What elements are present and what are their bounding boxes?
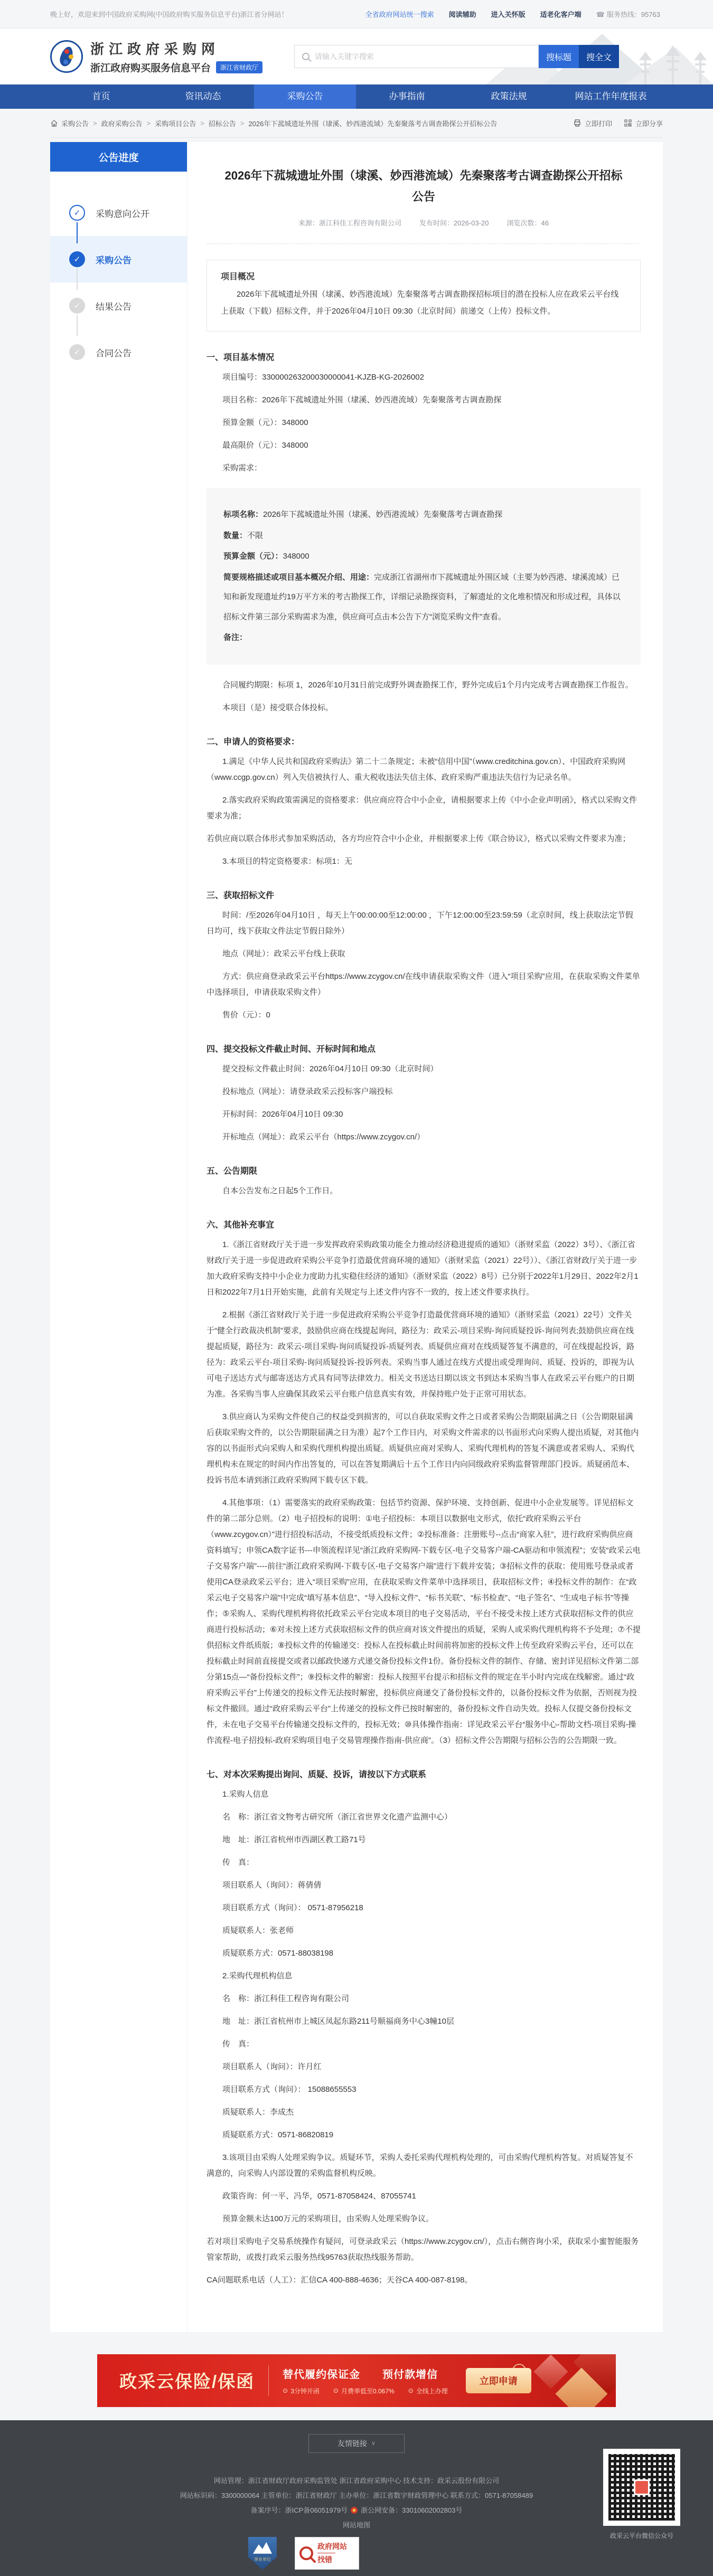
reading-aid-link[interactable]: 阅读辅助 <box>449 9 476 19</box>
bid-deadline: 提交投标文件截止时间：2026年04月10日 09:30（北京时间） <box>207 1061 641 1077</box>
check-circle-icon: ✓ <box>69 298 85 314</box>
doc-place: 地点（网址）：政采云平台线上获取 <box>207 946 641 962</box>
breadcrumb-current: 2026年下菰城遗址外围（埭溪、妙西港流域）先秦聚落考古调查勘探公开招标公告 <box>248 118 497 128</box>
overview-text: 2026年下菰城遗址外围（埭溪、妙西港流域）先秦聚落考古调查勘探招标项目的潜在投… <box>221 286 626 319</box>
article-meta: 来源：浙江科佳工程咨询有限公司 发布时间：2026-03-20 浏览次数：46 <box>207 218 641 228</box>
bid-place: 投标地点（网址）：请登录政采云投标客户端投标 <box>207 1084 641 1100</box>
section-7-heading: 七、对本次采购提出询问、质疑、投诉，请按以下方式联系 <box>207 1768 641 1780</box>
agency-contact: 项目联系人（询问）：许月红 <box>207 2059 641 2075</box>
security-badge-icon <box>351 2507 358 2514</box>
banner-feature: ⊙月费率低至0.067% <box>333 2386 395 2395</box>
main-nav: 首页 资讯动态 采购公告 办事指南 政策法规 网站工作年度报表 <box>0 84 713 109</box>
breadcrumb-separator: > <box>147 119 151 127</box>
step-contract-notice[interactable]: ✓ 合同公告 <box>50 329 187 375</box>
notice-period: 自本公告发布之日起5个工作日。 <box>207 1183 641 1199</box>
open-place: 开标地点（网址）：政采云平台（https://www.zcygov.cn/） <box>207 1129 641 1145</box>
breadcrumb-item-4[interactable]: 招标公告 <box>209 118 236 128</box>
doc-time: 时间：/至2026年04月10日 ，每天上午00:00:00至12:00:00 … <box>207 908 641 939</box>
buyer-contact-phone: 项目联系方式（询问）： 0571-87956218 <box>207 1900 641 1916</box>
check-circle-icon: ✓ <box>69 205 85 221</box>
gov-site-error-report-badge[interactable]: 政府网站 找错 <box>295 2537 359 2570</box>
care-version-link[interactable]: 进入关怀版 <box>491 9 526 19</box>
agency-contact-phone: 项目联系方式（询问）： 15088655553 <box>207 2082 641 2098</box>
breadcrumb-bar: 采购公告> 政府采购公告> 采购项目公告> 招标公告> 2026年下菰城遗址外围… <box>50 109 663 138</box>
contract-period: 合同履约期限：标项 1，2026年10月31日前完成野外调查勘探工作，野外完成后… <box>207 677 641 693</box>
site-header: 浙江政府采购网 浙江政府购买服务信息平台 浙江省财政厅 搜标题 搜全文 <box>0 29 713 84</box>
qualification-2: 2.落实政府采购政策需满足的资格要求：供应商应符合中小企业，请根据要求上传《中小… <box>207 792 641 824</box>
divider <box>268 2365 269 2396</box>
section-1-heading: 一、项目基本情况 <box>207 351 641 363</box>
site-title: 浙江政府采购网 <box>90 39 262 58</box>
breadcrumb-separator: > <box>240 119 245 127</box>
banner-feature: ⊙全线上办理 <box>408 2386 448 2395</box>
banner-feature: ⊙3分钟开函 <box>283 2386 320 2395</box>
breadcrumb-item-1[interactable]: 采购公告 <box>61 118 89 128</box>
step-procurement-notice[interactable]: ✓ 采购公告 <box>50 236 187 282</box>
buyer-info-heading: 1.采购人信息 <box>207 1787 641 1803</box>
public-institution-badge[interactable]: 事业单位 <box>248 2537 277 2570</box>
breadcrumb-item-3[interactable]: 采购项目公告 <box>155 118 196 128</box>
search-input[interactable] <box>314 52 531 61</box>
procurement-demand-label: 采购需求： <box>207 460 641 476</box>
icp-number: 备案序号：浙ICP备06051979号 <box>251 2506 348 2514</box>
announcement-article: 2026年下菰城遗址外围（埭溪、妙西港流域）先秦聚落考古调查勘探公开招标公告 来… <box>187 142 663 2332</box>
project-name: 项目名称：2026年下菰城遗址外围（埭溪、妙西港流域）先秦聚落考古调查勘探 <box>207 392 641 408</box>
quantity-value: 不限 <box>247 531 263 540</box>
open-time: 开标时间：2026年04月10日 09:30 <box>207 1107 641 1122</box>
section-3-heading: 三、获取招标文件 <box>207 889 641 901</box>
spec-desc-label: 简要规格描述或项目基本概况介绍、用途： <box>223 573 374 582</box>
site-search: 搜标题 搜全文 <box>294 45 619 68</box>
section-6-heading: 六、其他补充事宜 <box>207 1218 641 1230</box>
insurance-ad-banner[interactable]: 政采云保险/保函 替代履约保证金 预付款增信 ⊙3分钟开函 ⊙月费率低至0.06… <box>97 2354 616 2407</box>
supplement-4: 4.其他事项：（1）需要落实的政府采购政策：包括节约资源、保护环境、支持创新、促… <box>207 1495 641 1749</box>
nav-news[interactable]: 资讯动态 <box>152 84 254 109</box>
lot-name-label: 标项名称： <box>223 510 263 519</box>
supplement-2: 2.根据《浙江省财政厅关于进一步促进政府采购公平竞争打造最优营商环境的通知》（浙… <box>207 1307 641 1402</box>
bullet-icon: ⊙ <box>408 2387 414 2394</box>
print-button[interactable]: 立即打印 <box>573 118 612 128</box>
qualification-1: 1.满足《中华人民共和国政府采购法》第二十二条规定；未被“信用中国”（www.c… <box>207 754 641 786</box>
qualification-3: 3.本项目的特定资格要求：标项1：无 <box>207 854 641 870</box>
joint-bid-note: 本项目（是）接受联合体投标。 <box>207 700 641 716</box>
qualification-2b: 若供应商以联合体形式参加采购活动，各方均应符合中小企业，并根据要求上传《联合协议… <box>207 831 641 847</box>
agency-fax: 传 真： <box>207 2036 641 2052</box>
banner-slogan: 替代履约保证金 预付款增信 <box>283 2366 448 2381</box>
chevron-down-icon: ∨ <box>371 2440 376 2447</box>
overview-title: 项目概况 <box>221 270 626 282</box>
lot-name-value: 2026年下菰城遗址外围（埭溪、妙西港流域）先秦聚落考古调查勘探 <box>263 510 502 519</box>
wechat-qr-block: 政采云平台微信公众号 <box>603 2449 680 2540</box>
share-button[interactable]: 立即分享 <box>624 118 663 128</box>
security-record-number[interactable]: 浙公网安备：33010602002803号 <box>361 2506 462 2514</box>
project-overview-box: 项目概况 2026年下菰城遗址外围（埭溪、妙西港流域）先秦聚落考古调查勘探招标项… <box>207 260 641 332</box>
buyer-challenge-phone: 质疑联系方式：0571-88038198 <box>207 1946 641 1961</box>
nav-annual-report[interactable]: 网站工作年度报表 <box>560 84 662 109</box>
agency-challenge-phone: 质疑联系方式：0571-86820819 <box>207 2127 641 2143</box>
lot-budget-label: 预算金额（元）： <box>223 552 283 561</box>
site-logo[interactable]: 浙江政府采购网 浙江政府购买服务信息平台 浙江省财政厅 <box>50 39 262 74</box>
policy-consult: 政策咨询：何一平、冯华，0571-87058424、87055741 <box>207 2188 641 2204</box>
phone-icon: ☎ <box>596 11 605 18</box>
breadcrumb: 采购公告> 政府采购公告> 采购项目公告> 招标公告> 2026年下菰城遗址外围… <box>50 118 573 128</box>
lot-detail-box: 标项名称：2026年下菰城遗址外围（埭溪、妙西港流域）先秦聚落考古调查勘探 数量… <box>207 488 641 665</box>
search-fulltext-button[interactable]: 搜全文 <box>579 45 619 68</box>
check-circle-icon: ✓ <box>69 344 85 360</box>
section-4-heading: 四、提交投标文件截止时间、开标时间和地点 <box>207 1042 641 1054</box>
breadcrumb-separator: > <box>200 119 204 127</box>
page-title: 2026年下菰城遗址外围（埭溪、妙西港流域）先秦聚落考古调查勘探公开招标公告 <box>222 165 625 207</box>
buyer-fax: 传 真： <box>207 1855 641 1871</box>
buyer-contact: 项目联系人（询问）：蒋倩倩 <box>207 1877 641 1893</box>
elderly-client-link[interactable]: 适老化客户端 <box>540 9 581 19</box>
site-subtitle: 浙江政府购买服务信息平台 <box>90 60 211 74</box>
breadcrumb-separator: > <box>93 119 97 127</box>
qr-share-icon <box>624 119 632 127</box>
step-purchase-intent[interactable]: ✓ 采购意向公开 <box>50 190 187 236</box>
bullet-icon: ⊙ <box>333 2387 339 2394</box>
greeting-text: 晚上好，欢迎来到中国政府采购网(中国政府购买服务信息平台)浙江省分网站！ <box>50 9 288 19</box>
agency-info-heading: 2.采购代理机构信息 <box>207 1968 641 1984</box>
announcement-progress-sidebar: 公告进度 ✓ 采购意向公开 ✓ 采购公告 ✓ 结果公告 ✓ 合同公告 <box>50 142 187 2332</box>
nav-home[interactable]: 首页 <box>50 84 152 109</box>
magnifier-icon <box>299 2546 313 2560</box>
search-title-button[interactable]: 搜标题 <box>539 45 579 68</box>
meta-publish-time: 发布时间：2026-03-20 <box>419 218 489 228</box>
budget-amount: 预算金额（元）：348000 <box>207 415 641 431</box>
section-2-heading: 二、申请人的资格要求： <box>207 735 641 747</box>
site-footer: 友情链接 ∨ 网站管理：浙江省财政厅政府采购监管处 浙江省政府采购中心 技术支持… <box>0 2420 713 2576</box>
supplement-1: 1.《浙江省财政厅关于进一步发挥政府采购政策功能全力推动经济稳进提质的通知》（浙… <box>207 1237 641 1300</box>
sitemap-link[interactable]: 网站地图 <box>343 2521 370 2529</box>
ca-phone-note: CA问题联系电话（人工）：汇信CA 400-888-4636；天谷CA 400-… <box>207 2272 641 2288</box>
dispute-note: 3.该项目由采购人处理采购争议。质疑环节，采购人委托采购代理机构处理的，可由采购… <box>207 2150 641 2182</box>
supplement-3: 3.供应商认为采购文件使自己的权益受到损害的，可以自获取采购文件之日或者采购公告… <box>207 1409 641 1488</box>
divider <box>207 243 641 244</box>
quantity-label: 数量： <box>223 531 247 540</box>
meta-view-count: 浏览次数：46 <box>507 218 549 228</box>
nav-procurement-notices[interactable]: 采购公告 <box>254 84 356 109</box>
nav-policies[interactable]: 政策法规 <box>458 84 560 109</box>
nav-service-guide[interactable]: 办事指南 <box>356 84 458 109</box>
buyer-name: 名 称：浙江省文物考古研究所（浙江省世界文化遗产监测中心） <box>207 1809 641 1825</box>
zcy-help-note: 若对项目采购电子交易系统操作有疑问，可登录政采云（https://www.zcy… <box>207 2234 641 2266</box>
apply-now-button[interactable]: 立即申请 <box>466 2368 531 2393</box>
finance-dept-badge: 浙江省财政厅 <box>216 61 262 73</box>
agency-challenge-contact: 质疑联系人：李成杰 <box>207 2105 641 2120</box>
search-icon <box>302 53 309 60</box>
lot-budget-value: 348000 <box>283 552 309 561</box>
site-emblem-icon <box>50 40 83 73</box>
qr-center-logo <box>634 2479 650 2495</box>
step-result-notice[interactable]: ✓ 结果公告 <box>50 282 187 329</box>
section-5-heading: 五、公告期限 <box>207 1164 641 1176</box>
home-icon <box>50 119 58 127</box>
meta-source: 来源：浙江科佳工程咨询有限公司 <box>298 218 401 228</box>
friendly-links-dropdown[interactable]: 友情链接 ∨ <box>308 2434 405 2453</box>
agency-name: 名 称：浙江科佳工程咨询有限公司 <box>207 1991 641 2007</box>
service-hotline: ☎服务热线：95763 <box>596 9 660 19</box>
printer-icon <box>573 119 581 127</box>
qr-caption: 政采云平台微信公众号 <box>603 2531 680 2540</box>
buyer-address: 地 址：浙江省杭州市西湖区教工路71号 <box>207 1832 641 1848</box>
max-price: 最高限价（元）：348000 <box>207 438 641 454</box>
unified-search-link[interactable]: 全省政府网站统一搜索 <box>365 9 434 19</box>
banner-title: 政采云保险/保函 <box>119 2368 255 2393</box>
budget-dispute-note: 预算金额未达100万元的采购项目，由采购人处理采购争议。 <box>207 2211 641 2227</box>
buyer-challenge-contact: 质疑联系人：张老师 <box>207 1923 641 1939</box>
sidebar-title: 公告进度 <box>50 142 187 172</box>
remark-label: 备注： <box>223 633 247 642</box>
content-card: 公告进度 ✓ 采购意向公开 ✓ 采购公告 ✓ 结果公告 ✓ 合同公告 2026年… <box>50 142 663 2332</box>
doc-method: 方式：供应商登录政采云平台https://www.zcygov.cn/在线申请获… <box>207 969 641 1001</box>
bullet-icon: ⊙ <box>283 2387 288 2394</box>
doc-price: 售价（元）：0 <box>207 1007 641 1023</box>
check-circle-icon: ✓ <box>69 251 85 267</box>
project-number: 项目编号：330000263200030000041-KJZB-KG-20260… <box>207 370 641 385</box>
top-utility-bar: 晚上好，欢迎来到中国政府采购网(中国政府购买服务信息平台)浙江省分网站！ 全省政… <box>0 0 713 29</box>
qr-code-image <box>603 2449 680 2526</box>
breadcrumb-item-2[interactable]: 政府采购公告 <box>101 118 143 128</box>
agency-address: 地 址：浙江省杭州市上城区凤起东路211号顺福商务中心3幢10层 <box>207 2014 641 2030</box>
